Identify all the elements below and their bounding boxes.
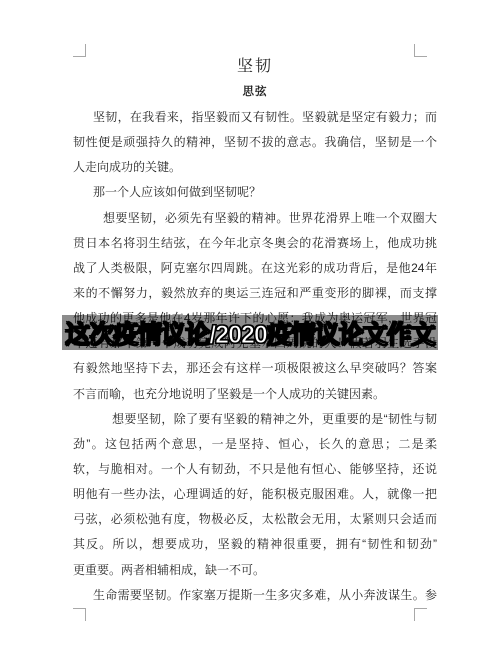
document-line: 想要坚韧，除了要有坚毅的精神之外，更重要的是“韧性与韧 bbox=[73, 407, 437, 432]
crop-mark-bottom-right bbox=[414, 608, 427, 621]
watermark-banner: 这次疫情议论/2020疫情议论文作文 bbox=[62, 315, 438, 350]
document-line: 韧性便是顽强持久的精神，坚韧不拔的意志。我确信，坚韧是一个 bbox=[73, 130, 437, 155]
document-line: 坚韧，在我看来，指坚毅而又有韧性。坚毅就是坚定有毅力；而 bbox=[73, 105, 437, 130]
document-line: 软，与脆相对。一个人有韧劲，不只是他有恒心、能够坚持，还说 bbox=[73, 457, 437, 482]
document-line: 人走向成功的关键。 bbox=[73, 155, 437, 180]
watermark-text: 这次疫情议论/2020疫情议论文作文 bbox=[65, 315, 435, 351]
document-line: 劲”。这包括两个意思，一是坚持、恒心，长久的意思；二是柔 bbox=[73, 432, 437, 457]
document-line: 贯日本名将羽生结弦，在今年北京冬奥会的花滑赛场上，他成功挑 bbox=[73, 231, 437, 256]
document-line: 其反。所以，想要成功，坚毅的精神很重要，拥有“韧性和韧劲” bbox=[73, 532, 437, 557]
crop-mark-bottom-left bbox=[73, 608, 86, 621]
document-line: 战了人类极限，阿克塞尔四周跳。在这光彩的成功背后，是他24年 bbox=[73, 256, 437, 281]
document-line: 那一个人应该如何做到坚韧呢？ bbox=[73, 180, 437, 205]
document-title: 坚韧 bbox=[73, 54, 437, 80]
author-name: 思弦 bbox=[73, 80, 437, 105]
document-page: 坚韧 思弦 坚韧，在我看来，指坚毅而又有韧性。坚毅就是坚定有毅力；而 韧性便是顽… bbox=[0, 0, 500, 666]
document-line: 更重要。两者相辅相成，缺一不可。 bbox=[73, 558, 437, 583]
document-line: 想要坚韧，必须先有坚毅的精神。世界花滑界上唯一个双圈大满 bbox=[73, 206, 437, 231]
document-line: 弓弦，必须松弛有度，物极必反，太松散会无用，太紧则只会适而 bbox=[73, 507, 437, 532]
document-line: 来的不懈努力，毅然放弃的奥运三连冠和严重变形的脚裸，而支撑 bbox=[73, 281, 437, 306]
document-line: 明他有一些办法，心理调适的好，能积极克服困难。人，就像一把 bbox=[73, 482, 437, 507]
document-line: 有毅然地坚持下去，那还会有这样一项极限被这么早突破吗？答案 bbox=[73, 356, 437, 381]
document-line: 生命需要坚韧。作家塞万提斯一生多灾多难，从小奔波谋生。参 bbox=[73, 583, 437, 608]
document-line: 不言而喻，也充分地说明了坚毅是一个人成功的关键因素。 bbox=[73, 382, 437, 407]
